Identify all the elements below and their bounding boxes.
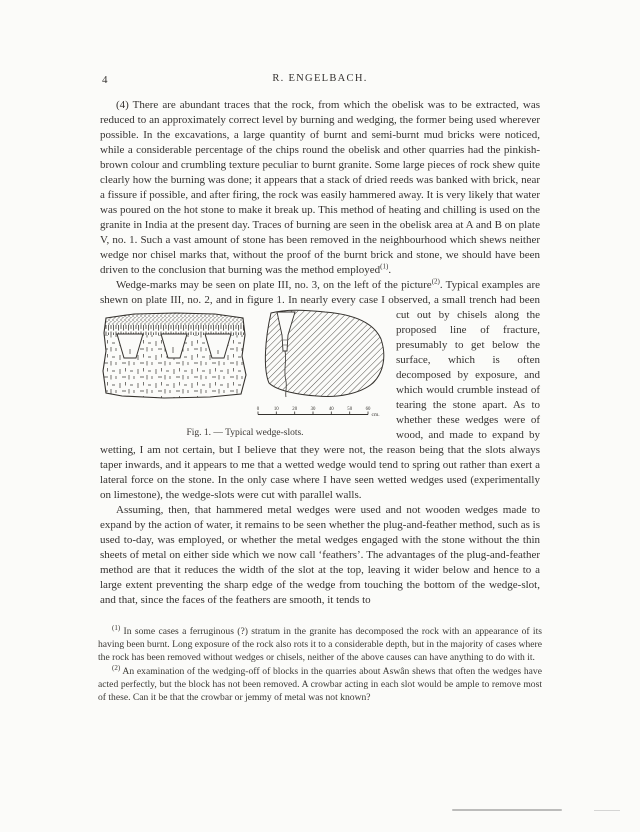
scale-label: 60 [366, 407, 371, 412]
scale-label: 30 [311, 407, 316, 412]
text-block: (4) There are abundant traces that the r… [100, 98, 540, 608]
paragraph-3: Assuming, then, that hammered metal wedg… [100, 503, 540, 608]
footnotes-section: (1) In some cases a ferruginous (?) stra… [98, 625, 542, 704]
scan-artifact-line [594, 810, 620, 811]
footnote-1-marker: (1) [112, 624, 120, 632]
footnote-1-text: In some cases a ferruginous (?) stratum … [98, 626, 542, 663]
running-head: R. ENGELBACH. [100, 73, 540, 84]
wedge-slot-section-drawing [255, 309, 389, 401]
footnote-2: (2) An examination of the wedging-off of… [98, 665, 542, 705]
scale-label: 50 [347, 407, 352, 412]
figure-1-drawings: 0 10 20 30 40 50 60 cm. [100, 311, 390, 418]
page-number: 4 [102, 74, 108, 86]
paragraph-1-end: . [388, 264, 391, 276]
figure-caption: Fig. 1. — Typical wedge-slots. [100, 426, 390, 441]
paragraph-1-text: (4) There are abundant traces that the r… [100, 99, 540, 276]
paragraph-3-text: Assuming, then, that hammered metal wedg… [100, 504, 540, 606]
scale-label: 10 [274, 407, 279, 412]
running-head-row: 4 R. ENGELBACH. [100, 73, 540, 89]
figure-1: 0 10 20 30 40 50 60 cm. Fig. 1. — Typica… [100, 311, 390, 441]
paragraph-2: Wedge-marks may be seen on plate III, no… [100, 278, 540, 503]
scale-label: 40 [329, 407, 334, 412]
scale-label: 0 [257, 407, 260, 412]
book-page: 4 R. ENGELBACH. (4) There are abundant t… [0, 0, 640, 832]
footnote-ref-2: (2) [432, 277, 440, 285]
footnote-1: (1) In some cases a ferruginous (?) stra… [98, 625, 542, 665]
footnote-2-marker: (2) [112, 663, 120, 671]
figure-1-right-column: 0 10 20 30 40 50 60 cm. [255, 309, 389, 418]
footnote-2-text: An examination of the wedging-off of blo… [98, 666, 542, 703]
scan-artifact-line [452, 809, 562, 811]
paragraph-1: (4) There are abundant traces that the r… [100, 98, 540, 278]
figure-scale-bar: 0 10 20 30 40 50 60 cm. [255, 403, 383, 418]
scale-unit: cm. [372, 412, 381, 418]
scale-label: 20 [292, 407, 297, 412]
wedge-slots-elevation-drawing [100, 311, 248, 399]
paragraph-2-lead: Wedge-marks may be seen on plate III, no… [116, 279, 432, 291]
